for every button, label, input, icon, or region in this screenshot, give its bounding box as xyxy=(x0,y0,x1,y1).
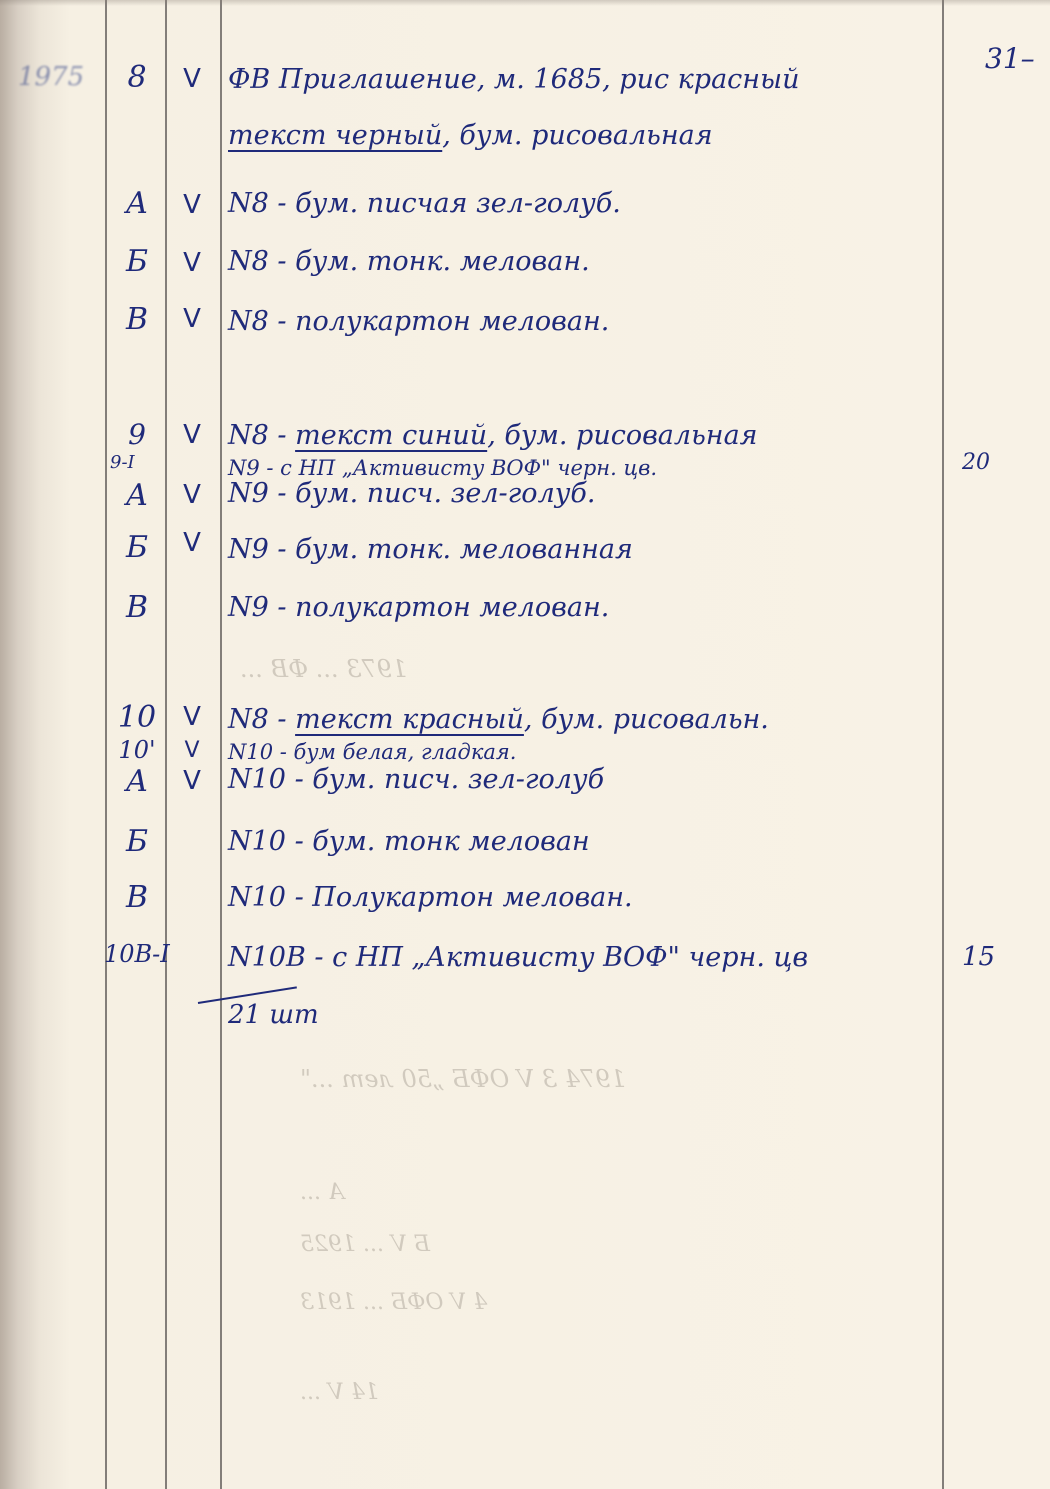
year-margin: 1975 xyxy=(18,62,84,92)
entry-description: N8 - текст синий, бум. рисовальная xyxy=(228,420,758,451)
entry-code: А xyxy=(112,186,162,221)
quantity: 20 xyxy=(962,450,1032,475)
entry-description-rest: , бум. рисовальная xyxy=(487,420,757,451)
bleed-through-text: 14 V ... xyxy=(300,1380,379,1405)
column-rule xyxy=(165,0,167,1489)
entry-description: N10 - бум. писч. зел-голуб xyxy=(228,764,604,795)
entry-code: 10В-I xyxy=(104,940,170,968)
check-mark: V xyxy=(172,248,212,278)
entry-description: ФВ Приглашение, м. 1685, рис красный xyxy=(228,64,799,95)
check-mark: V xyxy=(172,738,212,763)
entry-description: N9 - полукартон мелован. xyxy=(228,592,609,623)
entry-code: Б xyxy=(112,824,162,859)
entry-description: N9 - бум. тонк. мелованная xyxy=(228,534,633,565)
check-mark: V xyxy=(172,420,212,450)
entry-prefix: N8 - xyxy=(228,704,295,735)
entry-description: N8 - бум. писчая зел-голуб. xyxy=(228,188,621,219)
entry-description: N9 - с НП „Активисту ВОФ" черн. цв. xyxy=(228,456,657,480)
quantity: 15 xyxy=(962,942,1032,972)
bleed-through-text: Б V ... 1925 xyxy=(300,1232,430,1257)
entry-description: N8 - полукартон мелован. xyxy=(228,306,609,337)
bleed-through-text: 4 V ОФБ ... 1913 xyxy=(300,1290,487,1315)
entry-code: А xyxy=(112,478,162,513)
entry-description: N8 - бум. тонк. мелован. xyxy=(228,246,590,277)
total-count: 21 шт xyxy=(228,1000,319,1030)
bleed-through-text: А ... xyxy=(300,1180,345,1205)
entry-description: N10 - бум. тонк мелован xyxy=(228,826,590,857)
check-mark: V xyxy=(172,480,212,510)
entry-description: N10 - Полукартон мелован. xyxy=(228,882,633,913)
check-mark: V xyxy=(172,64,212,94)
entry-prefix: N8 - xyxy=(228,420,295,451)
entry-code: 9 xyxy=(112,418,162,451)
entry-description: N8 - текст красный, бум. рисовальн. xyxy=(228,704,769,735)
column-rule xyxy=(942,0,944,1489)
entry-code: Б xyxy=(112,244,162,279)
underlined-text: текст синий xyxy=(295,420,487,451)
underlined-text: текст черный xyxy=(228,120,442,151)
entry-description: N10 - бум белая, гладкая. xyxy=(228,740,516,764)
entry-subcode: 9-I xyxy=(110,452,135,473)
entry-code: В xyxy=(112,590,162,625)
entry-description-rest: , бум. рисовальн. xyxy=(524,704,769,735)
ledger-page: 1973 ... ФВ ... 1974 3 V ОФБ „50 лет ...… xyxy=(0,0,1050,1489)
check-mark: V xyxy=(172,766,212,796)
entry-code: Б xyxy=(112,530,162,565)
entry-code: В xyxy=(112,880,162,915)
check-mark: V xyxy=(172,702,212,732)
entry-code: 10' xyxy=(112,736,162,764)
entry-code: А xyxy=(112,764,162,799)
check-mark: V xyxy=(172,190,212,220)
column-rule xyxy=(220,0,222,1489)
entry-description-rest: , бум. рисовальная xyxy=(442,120,712,151)
page-number: 31– xyxy=(985,42,1035,75)
entry-code: 10 xyxy=(112,700,162,735)
underlined-text: текст красный xyxy=(295,704,524,735)
entry-description: N10В - с НП „Активисту ВОФ" черн. цв xyxy=(228,942,808,973)
check-mark: V xyxy=(172,304,212,334)
column-rule xyxy=(105,0,107,1489)
entry-description: текст черный, бум. рисовальная xyxy=(228,120,713,151)
bleed-through-text: 1974 3 V ОФБ „50 лет ..." xyxy=(300,1065,626,1093)
check-mark: V xyxy=(172,528,212,558)
entry-description: N9 - бум. писч. зел-голуб. xyxy=(228,478,595,509)
entry-code: 8 xyxy=(112,60,162,95)
entry-code: В xyxy=(112,302,162,337)
bleed-through-text: 1973 ... ФВ ... xyxy=(240,655,407,683)
